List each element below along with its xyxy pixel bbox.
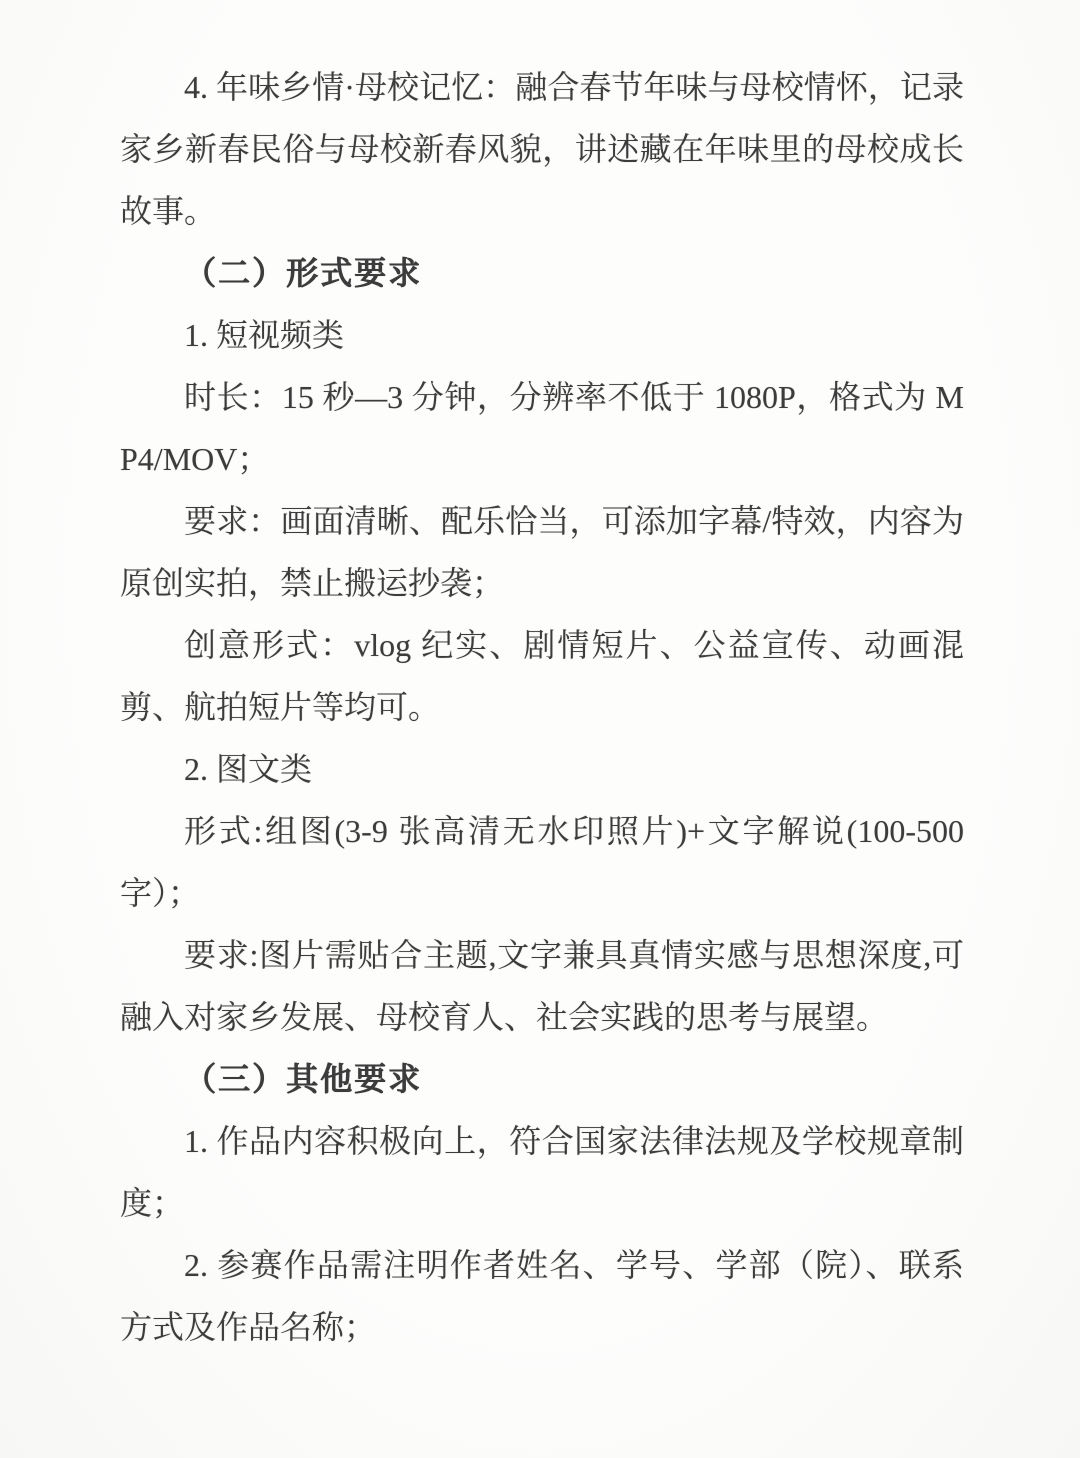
para-image-text-requirements: 要求:图片需贴合主题,文字兼具真情实感与思想深度,可融入对家乡发展、母校育人、社… xyxy=(120,924,964,1048)
section-heading-form-requirements: （二）形式要求 xyxy=(120,242,964,304)
para-other-rule-2: 2. 参赛作品需注明作者姓名、学号、学部（院）、联系方式及作品名称； xyxy=(120,1234,964,1358)
para-image-text-format: 形式:组图(3-9 张高清无水印照片)+文字解说(100-500 字）； xyxy=(120,800,964,924)
section-heading-other-requirements: （三）其他要求 xyxy=(120,1048,964,1110)
list-item-image-text-category: 2. 图文类 xyxy=(120,738,964,800)
para-video-requirements: 要求：画面清晰、配乐恰当，可添加字幕/特效，内容为原创实拍，禁止搬运抄袭； xyxy=(120,490,964,614)
para-theme-4: 4. 年味乡情·母校记忆：融合春节年味与母校情怀，记录家乡新春民俗与母校新春风貌… xyxy=(120,56,964,242)
para-creative-forms: 创意形式：vlog 纪实、剧情短片、公益宣传、动画混剪、航拍短片等均可。 xyxy=(120,614,964,738)
document-body: 4. 年味乡情·母校记忆：融合春节年味与母校情怀，记录家乡新春民俗与母校新春风貌… xyxy=(120,56,964,1358)
para-other-rule-1: 1. 作品内容积极向上，符合国家法律法规及学校规章制度； xyxy=(120,1110,964,1234)
para-video-duration: 时长：15 秒—3 分钟，分辨率不低于 1080P，格式为 MP4/MOV； xyxy=(120,366,964,490)
list-item-short-video-category: 1. 短视频类 xyxy=(120,304,964,366)
document-page: 4. 年味乡情·母校记忆：融合春节年味与母校情怀，记录家乡新春民俗与母校新春风貌… xyxy=(0,0,1080,1458)
